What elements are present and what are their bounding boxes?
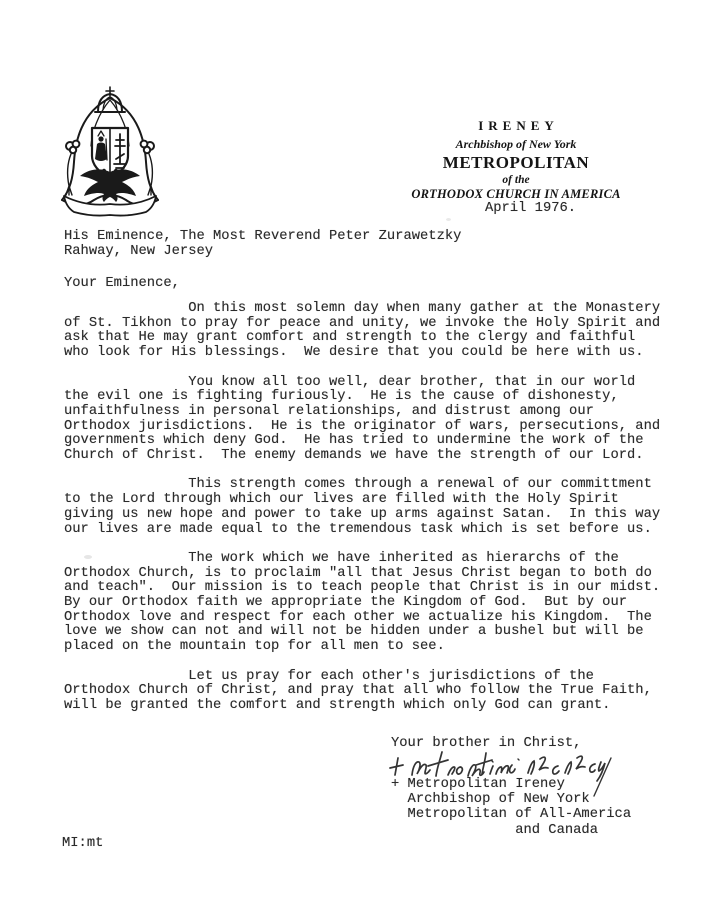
typed-signature-block: + Metropolitan Ireney Archbishop of New … [391,777,631,838]
letterhead-org-line: ORTHODOX CHURCH IN AMERICA [386,187,646,202]
letterhead-of-the: of the [386,174,646,186]
scan-speck [84,555,92,559]
letter-page: IRENEY Archbishop of New York METROPOLIT… [0,0,710,919]
paragraph-3: This strength comes through a renewal of… [64,478,660,537]
paragraph-2: You know all too well, dear brother, tha… [64,376,660,464]
letterhead: IRENEY Archbishop of New York METROPOLIT… [386,118,646,202]
letterhead-metropolitan: METROPOLITAN [386,153,646,173]
paragraph-5: Let us pray for each other's jurisdictio… [64,670,660,714]
paragraph-4: The work which we have inherited as hier… [64,552,660,655]
reference-initials: MI:mt [62,837,103,852]
letterhead-name: IRENEY [386,118,646,134]
scan-speck [446,218,451,221]
letterhead-role-line: Archbishop of New York [386,137,646,152]
recipient-address: His Eminence, The Most Reverend Peter Zu… [64,229,461,259]
church-crest-icon [46,84,174,220]
letter-body: On this most solemn day when many gather… [64,302,660,728]
paragraph-1: On this most solemn day when many gather… [64,302,660,361]
letter-date: April 1976. [485,202,576,217]
salutation: Your Eminence, [64,277,180,292]
